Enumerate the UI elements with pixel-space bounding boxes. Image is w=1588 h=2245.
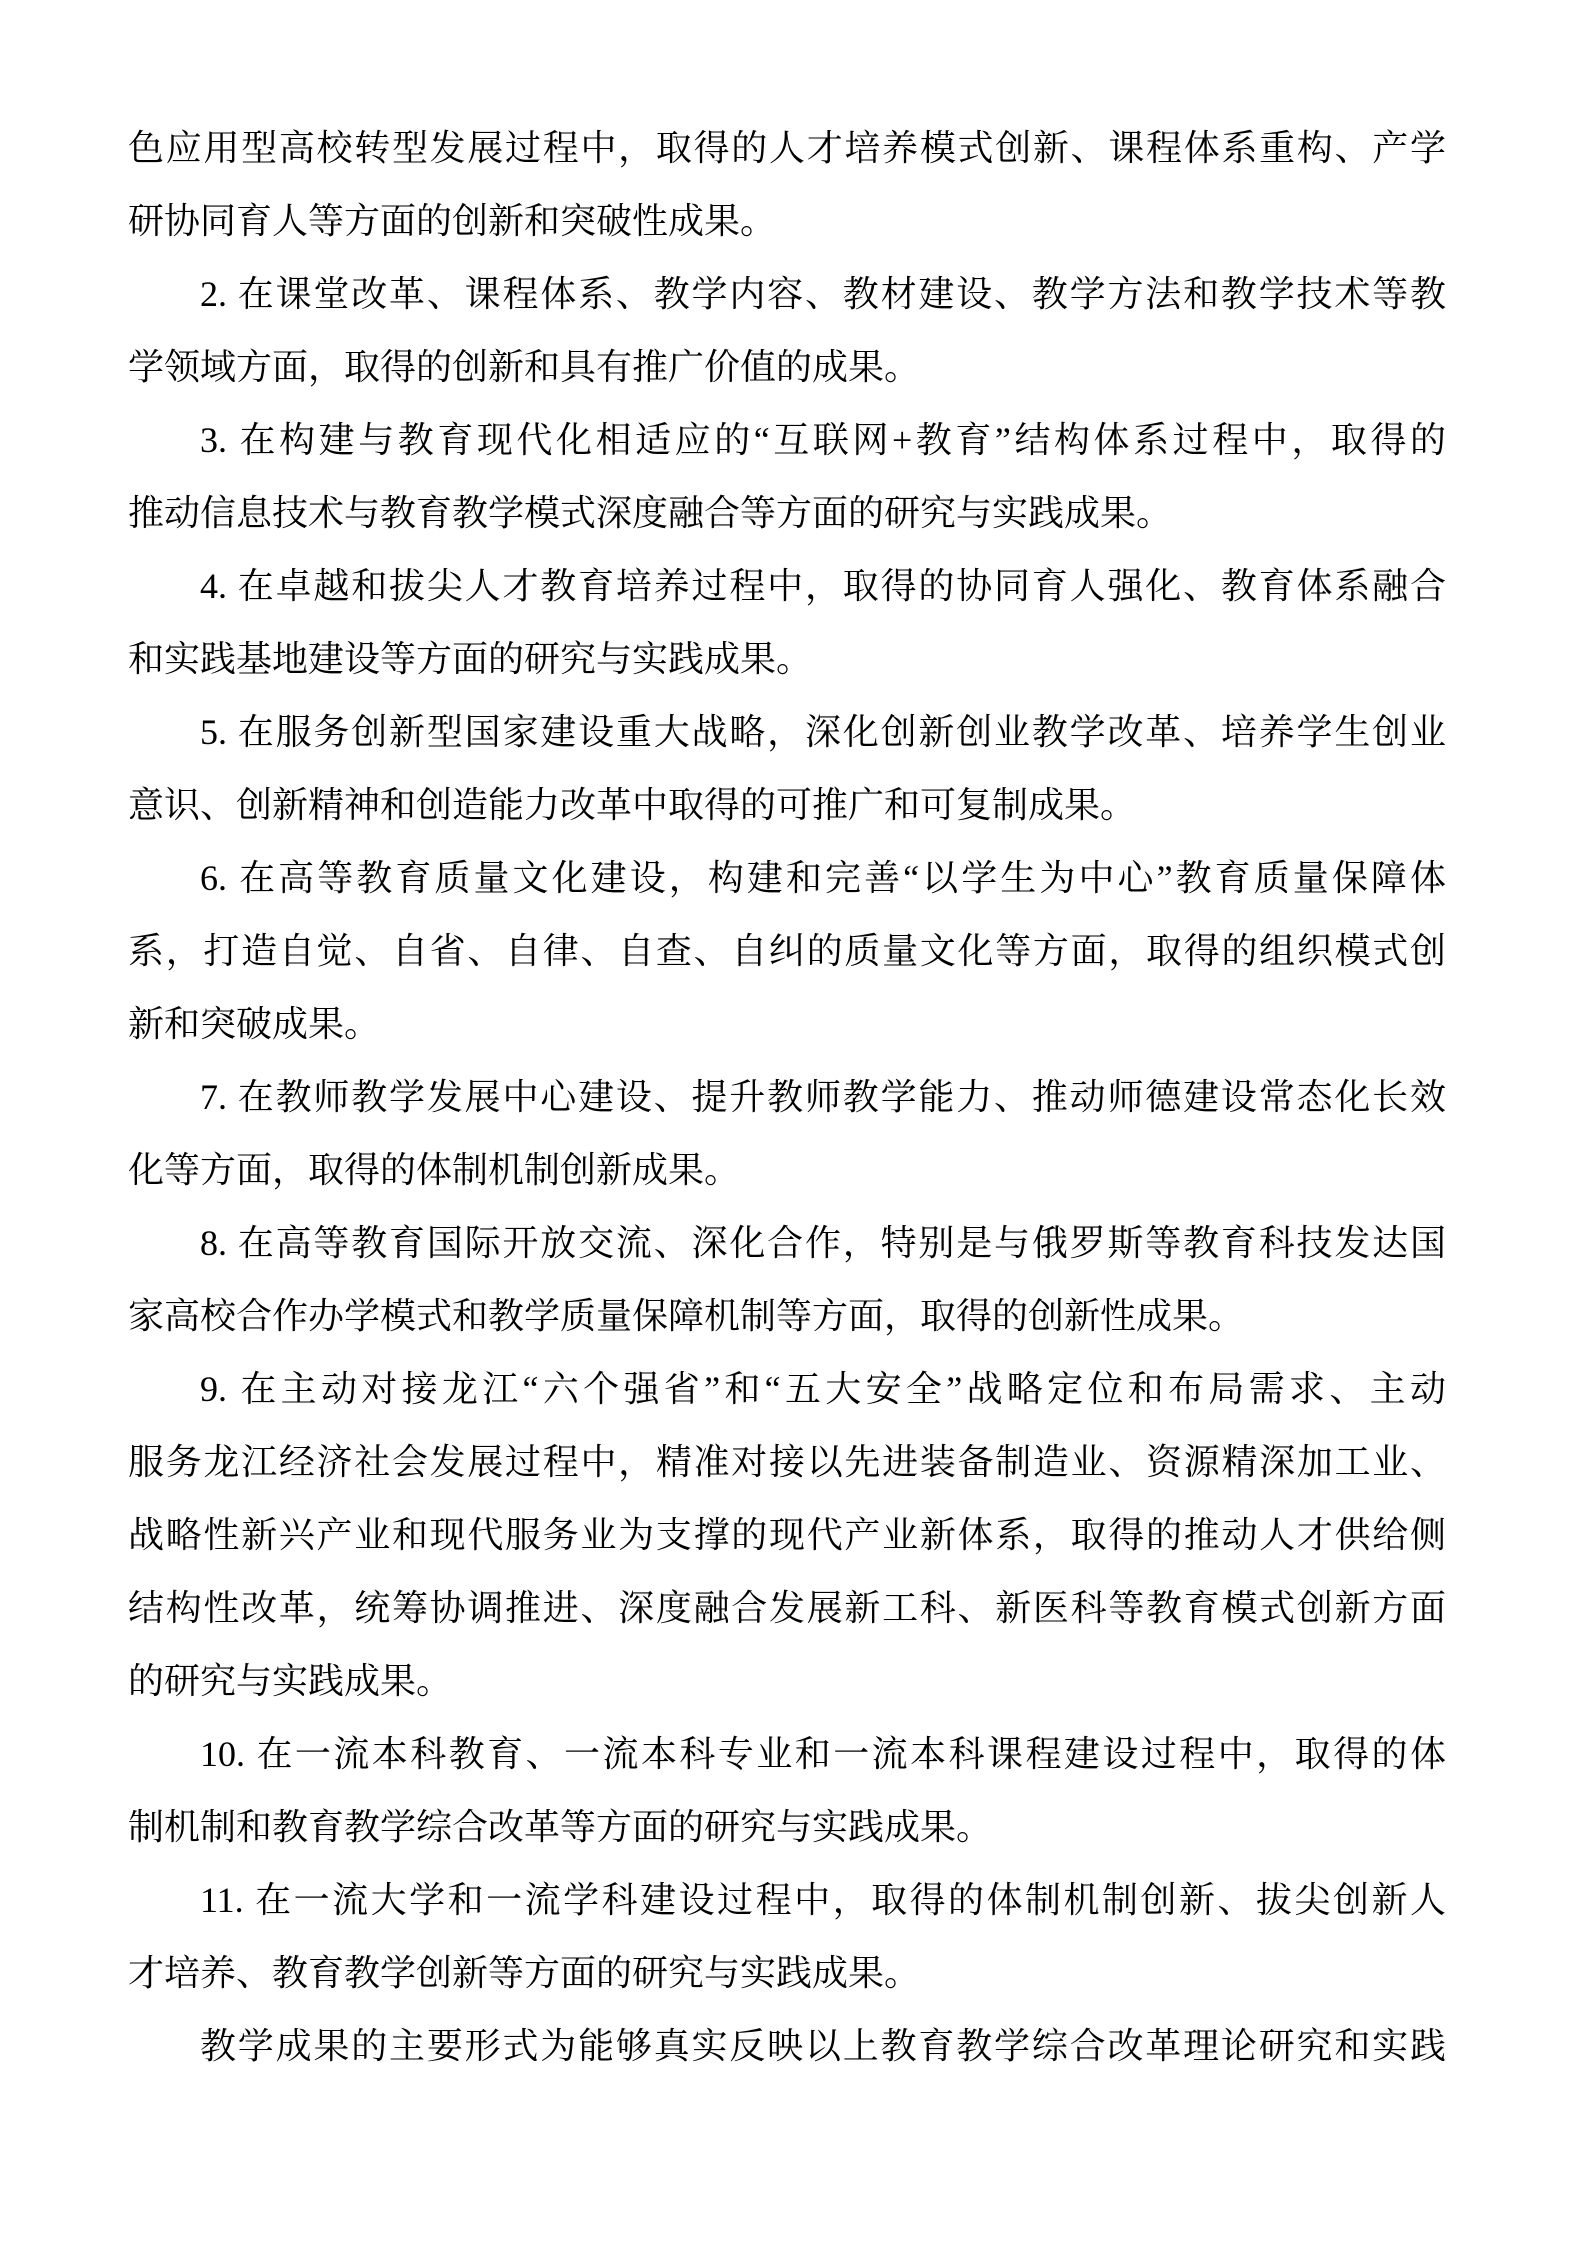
text-line: 才培养、教育教学创新等方面的研究与实践成果。 [128,1937,1446,2010]
text-line: 新和突破成果。 [128,988,1446,1061]
text-line: 11. 在一流大学和一流学科建设过程中，取得的体制机制创新、拔尖创新人 [128,1864,1446,1937]
text-line: 系，打造自觉、自省、自律、自查、自纠的质量文化等方面，取得的组织模式创 [128,915,1446,988]
text-line: 10. 在一流本科教育、一流本科专业和一流本科课程建设过程中，取得的体 [128,1718,1446,1791]
text-line: 2. 在课堂改革、课程体系、教学内容、教材建设、教学方法和教学技术等教 [128,258,1446,331]
text-line: 服务龙江经济社会发展过程中，精准对接以先进装备制造业、资源精深加工业、 [128,1426,1446,1499]
text-line: 和实践基地建设等方面的研究与实践成果。 [128,623,1446,696]
text-line: 制机制和教育教学综合改革等方面的研究与实践成果。 [128,1791,1446,1864]
text-line: 化等方面，取得的体制机制创新成果。 [128,1134,1446,1207]
text-line: 教学成果的主要形式为能够真实反映以上教育教学综合改革理论研究和实践 [128,2010,1446,2083]
text-line: 的研究与实践成果。 [128,1645,1446,1718]
text-line: 色应用型高校转型发展过程中，取得的人才培养模式创新、课程体系重构、产学 [128,112,1446,185]
text-block: 色应用型高校转型发展过程中，取得的人才培养模式创新、课程体系重构、产学 研协同育… [128,112,1446,2083]
text-line: 7. 在教师教学发展中心建设、提升教师教学能力、推动师德建设常态化长效 [128,1061,1446,1134]
text-line: 3. 在构建与教育现代化相适应的“互联网+教育”结构体系过程中，取得的 [128,404,1446,477]
text-line: 6. 在高等教育质量文化建设，构建和完善“以学生为中心”教育质量保障体 [128,842,1446,915]
text-line: 学领域方面，取得的创新和具有推广价值的成果。 [128,331,1446,404]
text-line: 5. 在服务创新型国家建设重大战略，深化创新创业教学改革、培养学生创业 [128,696,1446,769]
text-line: 家高校合作办学模式和教学质量保障机制等方面，取得的创新性成果。 [128,1280,1446,1353]
text-line: 4. 在卓越和拔尖人才教育培养过程中，取得的协同育人强化、教育体系融合 [128,550,1446,623]
document-page: 色应用型高校转型发展过程中，取得的人才培养模式创新、课程体系重构、产学 研协同育… [0,0,1588,2245]
text-line: 9. 在主动对接龙江“六个强省”和“五大安全”战略定位和布局需求、主动 [128,1353,1446,1426]
text-line: 结构性改革，统筹协调推进、深度融合发展新工科、新医科等教育模式创新方面 [128,1572,1446,1645]
text-line: 研协同育人等方面的创新和突破性成果。 [128,185,1446,258]
text-line: 8. 在高等教育国际开放交流、深化合作，特别是与俄罗斯等教育科技发达国 [128,1207,1446,1280]
text-line: 意识、创新精神和创造能力改革中取得的可推广和可复制成果。 [128,769,1446,842]
text-line: 战略性新兴产业和现代服务业为支撑的现代产业新体系，取得的推动人才供给侧 [128,1499,1446,1572]
text-line: 推动信息技术与教育教学模式深度融合等方面的研究与实践成果。 [128,477,1446,550]
